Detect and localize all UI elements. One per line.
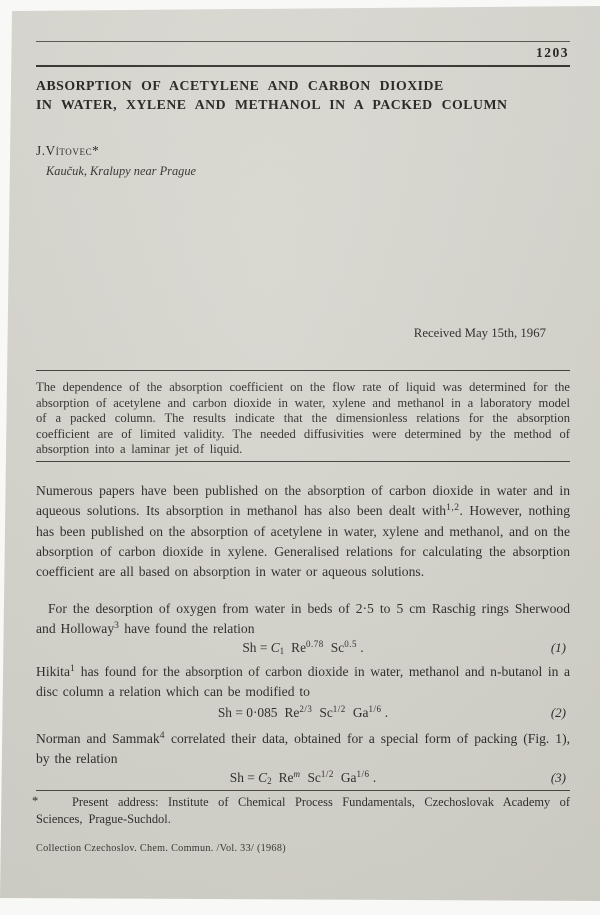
body-paragraph-3: Hikita1 has found for the absorption of … <box>36 662 570 703</box>
eq1-period: . <box>357 640 364 655</box>
body-paragraph-1: Numerous papers have been published on t… <box>36 481 570 582</box>
eq3-schmidt-exponent: 1/2 <box>321 769 334 779</box>
article-title-line-2: IN WATER, XYLENE AND METHANOL IN A PACKE… <box>36 95 570 114</box>
equation-1: Sh = C1Re0.78Sc0.5 . (1) <box>36 638 570 658</box>
paragraph-3-text-continued: has found for the absorption of carbon d… <box>36 664 570 699</box>
footnote: *Present address: Institute of Chemical … <box>36 794 570 827</box>
eq3-reynolds-term: Re <box>279 770 294 785</box>
eq2-equals: = <box>232 705 246 720</box>
header-rule-top <box>36 41 570 42</box>
eq2-schmidt-term: Sc <box>319 705 332 720</box>
body-paragraph-4: Norman and Sammak4 correlated their data… <box>36 729 570 770</box>
eq2-period: . <box>381 705 388 720</box>
equation-1-number: (1) <box>551 638 566 658</box>
eq1-lhs: Sh <box>242 640 256 655</box>
body-paragraph-2: For the desorption of oxygen from water … <box>36 599 570 640</box>
eq2-galileo-term: Ga <box>353 705 369 720</box>
eq2-reynolds-term: Re <box>285 705 300 720</box>
abstract-rule-bottom <box>36 461 570 462</box>
equation-1-body: Sh = C1Re0.78Sc0.5 . <box>242 640 363 655</box>
eq1-coefficient-subscript: 1 <box>280 646 285 656</box>
equation-3-number: (3) <box>551 768 566 788</box>
eq2-coefficient: 0·085 <box>246 705 277 720</box>
eq3-equals: = <box>244 770 258 785</box>
eq2-reynolds-exponent: 2/3 <box>299 704 312 714</box>
eq3-lhs: Sh <box>230 770 244 785</box>
eq2-galileo-exponent: 1/6 <box>368 704 381 714</box>
equation-2-number: (2) <box>551 703 566 723</box>
eq3-period: . <box>370 770 377 785</box>
equation-2: Sh = 0·085Re2/3Sc1/2Ga1/6 . (2) <box>36 703 570 723</box>
eq1-reynolds-term: Re <box>291 640 306 655</box>
eq3-reynolds-exponent: m <box>293 769 300 779</box>
eq3-coefficient: C <box>258 770 267 785</box>
eq3-coefficient-subscript: 2 <box>267 776 272 786</box>
abstract-text: The dependence of the absorption coeffic… <box>36 380 570 458</box>
eq1-equals: = <box>256 640 270 655</box>
article-title: ABSORPTION OF ACETYLENE AND CARBON DIOXI… <box>36 76 570 114</box>
abstract-rule-top <box>36 370 570 371</box>
paragraph-4-text: Norman and Sammak <box>36 731 160 746</box>
paragraph-2-text-continued: have found the relation <box>119 621 254 636</box>
scanned-page: 1203 ABSORPTION OF ACETYLENE AND CARBON … <box>0 0 600 915</box>
footnote-rule <box>36 790 570 791</box>
page-number: 1203 <box>536 45 569 61</box>
received-date: Received May 15th, 1967 <box>414 326 546 341</box>
eq2-lhs: Sh <box>218 705 232 720</box>
eq3-galileo-exponent: 1/6 <box>357 769 370 779</box>
equation-3-body: Sh = C2RemSc1/2Ga1/6 . <box>230 770 376 785</box>
eq2-schmidt-exponent: 1/2 <box>333 704 346 714</box>
eq1-schmidt-term: Sc <box>331 640 344 655</box>
paragraph-3-text: Hikita <box>36 664 70 679</box>
citation-reference-1-2: 1,2 <box>446 503 459 513</box>
journal-footer-line: Collection Czechoslov. Chem. Commun. /Vo… <box>36 843 286 854</box>
page-content: 1203 ABSORPTION OF ACETYLENE AND CARBON … <box>36 0 570 915</box>
eq3-schmidt-term: Sc <box>307 770 320 785</box>
footnote-text: Present address: Institute of Chemical P… <box>36 795 570 826</box>
eq1-schmidt-exponent: 0.5 <box>344 639 357 649</box>
equation-2-body: Sh = 0·085Re2/3Sc1/2Ga1/6 . <box>218 705 388 720</box>
equation-3: Sh = C2RemSc1/2Ga1/6 . (3) <box>36 768 570 788</box>
author-name: J.Vítovec* <box>36 143 99 159</box>
eq1-reynolds-exponent: 0.78 <box>306 639 324 649</box>
footnote-marker: * <box>32 793 38 810</box>
eq3-galileo-term: Ga <box>341 770 357 785</box>
article-title-line-1: ABSORPTION OF ACETYLENE AND CARBON DIOXI… <box>36 76 570 95</box>
eq1-coefficient: C <box>271 640 280 655</box>
author-affiliation: Kaučuk, Kralupy near Prague <box>46 164 196 179</box>
header-rule-bottom <box>36 65 570 67</box>
